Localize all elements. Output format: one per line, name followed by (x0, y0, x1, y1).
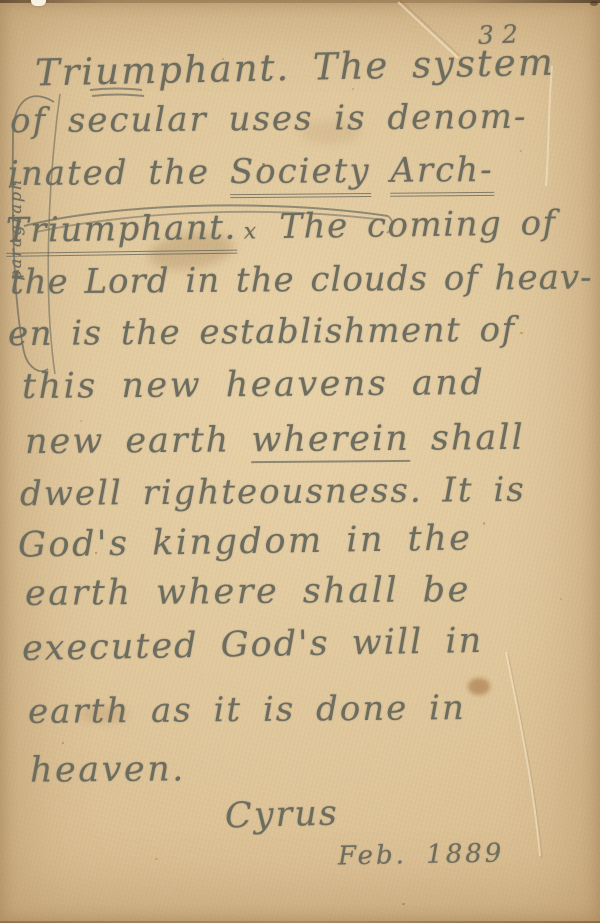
text-line-13: earth as it is done in (28, 688, 466, 732)
underline-mark (92, 95, 144, 97)
manuscript-page: 32 paragraph Triumphant. The system of s… (0, 0, 600, 923)
text-line-12: executed God's will in (22, 621, 484, 669)
signature-cyrus: Cyrus (224, 794, 339, 837)
text-line-6: en is the establishment of (8, 310, 516, 354)
text-line-2: of secular uses is denom- (10, 97, 528, 142)
corner-speck (590, 1, 598, 6)
paper-crease (546, 66, 552, 186)
underlined-word-triumphant: Triumphant. (6, 208, 237, 257)
date-line: Feb. 1889 (338, 839, 505, 872)
text-line-7: this new heavens and (22, 363, 486, 407)
page-top-edge (0, 0, 600, 3)
caret-x-mark: x (244, 219, 257, 244)
stain (468, 678, 490, 695)
word-triumphant: Triumphant. (35, 46, 291, 94)
text-line-14: heaven. (30, 749, 186, 790)
torn-paper-chip (31, 0, 46, 6)
underlined-word-wherein: wherein (251, 419, 410, 463)
text-line-10: God's kingdom in the (18, 518, 473, 565)
text-line-8: new earth wherein shall (25, 418, 525, 462)
text-line-5: the Lord in the clouds of heav- (10, 257, 593, 302)
text-line-9: dwell righteousness. It is (20, 470, 526, 514)
text-line-3: inated the Society Arch- (8, 150, 494, 194)
underlined-word-arch: Arch- (390, 150, 494, 197)
paper-crease (506, 652, 540, 856)
text-line-4: Triumphant.x The coming of (6, 203, 557, 251)
paper-crease (508, 654, 542, 858)
text-line-11: earth where shall be (25, 570, 471, 614)
underlined-word-society: Society (230, 151, 371, 198)
text-line-1: Triumphant. The system (35, 41, 556, 95)
